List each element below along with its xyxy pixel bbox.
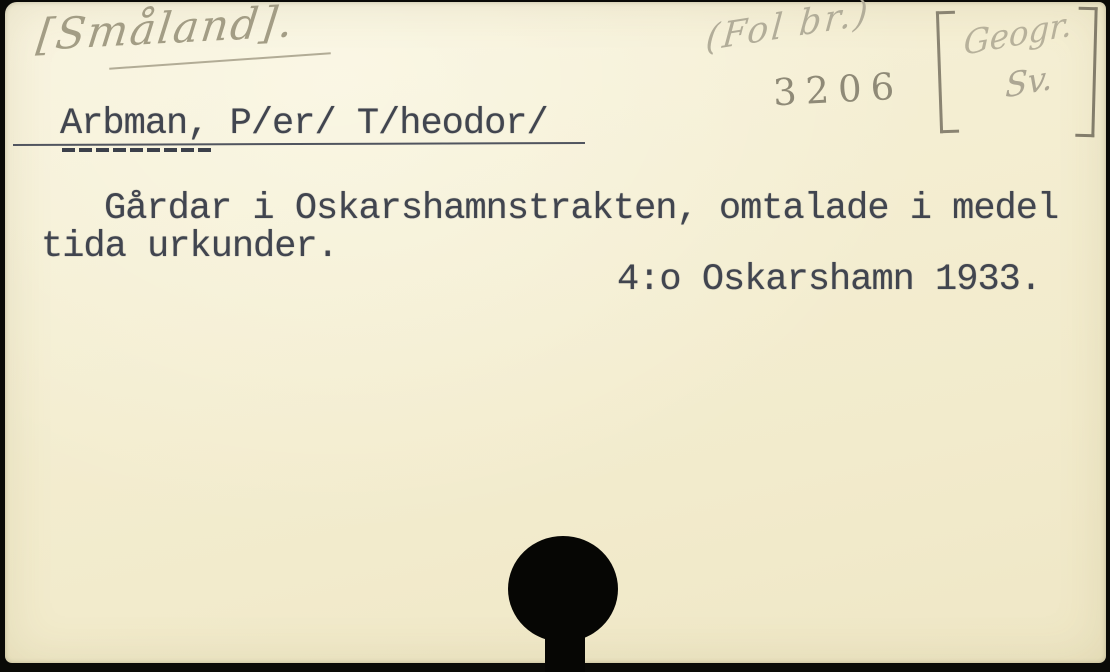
author-heading: Arbman, P/er/ T/heodor/	[60, 103, 548, 145]
surname-emphasis-underline	[62, 148, 212, 152]
title-text-line1: Gårdar i Oskarshamnstrakten, omtalade i …	[104, 188, 1058, 230]
left-bracket-stroke	[936, 11, 959, 134]
title-text-line2: tida urkunder.	[41, 226, 338, 268]
handwritten-region-annotation: [Småland].	[34, 0, 298, 61]
index-card: [Småland]. (Fol br.) 3206 Geogr. Sv. Arb…	[5, 2, 1106, 663]
imprint-line: 4:o Oskarshamn 1933.	[617, 259, 1041, 301]
handwritten-format-annotation: (Fol br.)	[704, 0, 872, 60]
right-bracket-stroke	[1075, 7, 1097, 137]
handwritten-shelf-number: 3206	[772, 65, 904, 115]
punch-hole-slot	[545, 614, 585, 672]
scanned-page: [Småland]. (Fol br.) 3206 Geogr. Sv. Arb…	[0, 0, 1110, 672]
